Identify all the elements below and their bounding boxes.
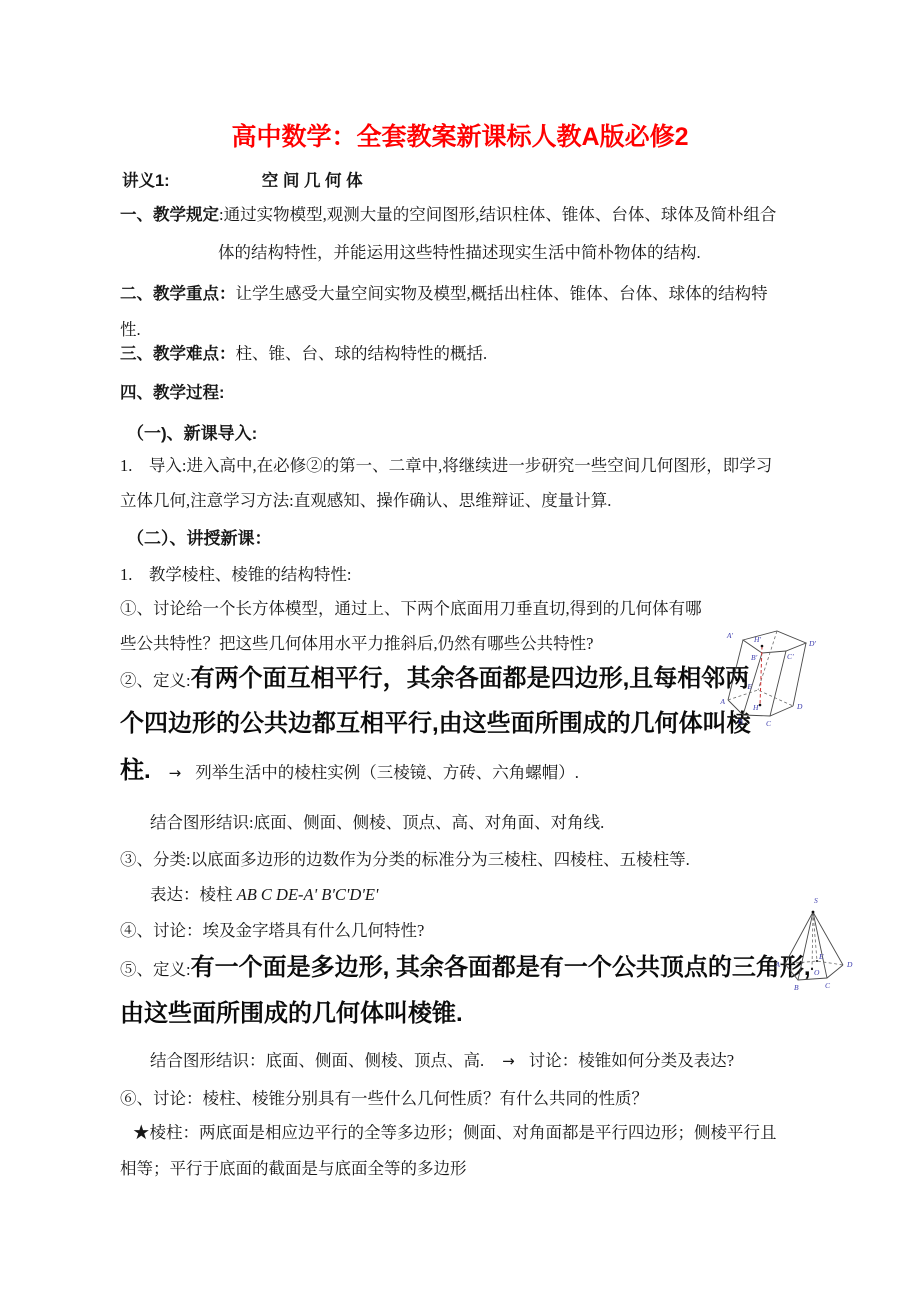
pyramid-label-e: E xyxy=(818,952,824,961)
prism-label-c-prime: C' xyxy=(787,652,794,661)
item2-examples: 列举生活中的棱柱实例（三棱镜、方砖、六角螺帽）. xyxy=(195,763,579,782)
pyramid-label-d: D xyxy=(846,960,853,969)
section1-label: 一、教学规定 xyxy=(120,206,219,224)
prism-edge-d xyxy=(793,643,806,706)
prism-edge-c xyxy=(770,651,786,716)
prism-label-c: C xyxy=(766,719,772,728)
item2-line3: 柱.→列举生活中的棱柱实例（三棱镜、方砖、六角螺帽）. xyxy=(120,755,579,786)
star-prism-line1: ★棱柱：两底面是相应边平行的全等多边形；侧面、对角面都是平行四边形；侧棱平行且 xyxy=(133,1122,777,1143)
section3-text: 柱、锥、台、球的结构特性的概括. xyxy=(236,344,488,363)
prism-label-a: A xyxy=(719,697,725,706)
right-arrow-icon: → xyxy=(502,1052,515,1072)
item5-line1: ⑤、定义:有一个面是多边形, 其余各面都是有一个公共顶点的三角形, xyxy=(120,952,811,983)
item2-definition-part1: 有两个面互相平行，其余各面都是四边形,且每相邻两 xyxy=(191,665,750,692)
section4-line: 四、教学过程: xyxy=(120,382,225,404)
note2-part2: 讨论：棱锥如何分类及表达? xyxy=(529,1051,734,1070)
prism-label-h-prime: H' xyxy=(753,635,761,644)
item5-definition-part2: 由这些面所围成的几何体叫棱锥. xyxy=(120,998,463,1029)
right-arrow-icon: → xyxy=(169,764,182,784)
section4-label: 四、教学过程: xyxy=(120,384,225,402)
prism-point-h-top xyxy=(761,645,764,648)
note1-line: 结合图形结识:底面、侧面、侧棱、顶点、高、对角面、对角线. xyxy=(150,812,604,833)
item2-line1: ②、定义:有两个面互相平行，其余各面都是四边形,且每相邻两 xyxy=(120,663,749,694)
pyramid-edge-sb xyxy=(798,912,813,980)
item2-definition-part3: 柱. xyxy=(120,757,151,784)
item2-definition-part2: 个四边形的公共边都互相平行,由这些面所围成的几何体叫棱 xyxy=(120,708,751,739)
prism-label-a-prime: A' xyxy=(726,631,734,640)
pyramid-edge-sa xyxy=(785,912,813,964)
expression-label: 表达：棱柱 xyxy=(150,885,237,904)
prism-bottom-hidden xyxy=(728,690,793,706)
pyramid-point-o xyxy=(811,968,813,970)
pyramid-label-b: B xyxy=(794,983,799,992)
prism-edge-a xyxy=(728,640,743,700)
prism-label-b-prime: B' xyxy=(751,653,758,662)
item1-line2: 些公共特性？把这些几何体用水平力推斜后,仍然有哪些公共特性? xyxy=(120,633,593,654)
note2-line: 结合图形结识：底面、侧面、侧棱、顶点、高.→讨论：棱锥如何分类及表达? xyxy=(150,1050,734,1072)
pyramid-apex-point xyxy=(812,911,815,914)
expression-line: 表达：棱柱 AB C DE-A' B'C'D'E' xyxy=(150,884,378,905)
intro-line2: 立体几何,注意学习方法:直观感知、操作确认、思维辩证、度量计算. xyxy=(120,490,611,511)
star-prism-line2: 相等；平行于底面的截面是与底面全等的多边形 xyxy=(120,1158,467,1179)
pyramid-height-line xyxy=(812,912,813,969)
pyramid-label-o: O xyxy=(814,968,820,977)
part1-heading: （一)、新课导入: xyxy=(127,423,257,445)
pyramid-diagram: S A B C D E O xyxy=(765,890,880,1005)
section2-line2: 性. xyxy=(120,319,141,340)
section1-line2: 体的结构特性，并能运用这些特性描述现实生活中简朴物体的结构. xyxy=(218,242,701,263)
section2-label: 二、教学重点： xyxy=(120,285,236,303)
prism-notation-formula: AB C DE-A' B'C'D'E' xyxy=(237,885,379,904)
document-page: 高中数学：全套教案新课标人教A版必修2 讲义1: 空 间 几 何 体 一、教学规… xyxy=(0,0,920,1302)
intro-line1: 1. 导入:进入高中,在必修②的第一、二章中,将继续进一步研究一些空间几何图形，… xyxy=(120,455,772,476)
section1-text: :通过实物模型,观测大量的空间图形,结识柱体、锥体、台体、球体及简朴组合 xyxy=(219,205,776,224)
lecture-heading: 讲义1: 空 间 几 何 体 xyxy=(122,170,363,192)
section2-line1: 二、教学重点：让学生感受大量空间实物及模型,概括出柱体、锥体、台体、球体的结构特 xyxy=(120,283,768,305)
pyramid-label-a: A xyxy=(774,960,780,969)
section3-line: 三、教学难点：柱、锥、台、球的结构特性的概括. xyxy=(120,343,487,365)
teach1-line: 1. 教学棱柱、棱锥的结构特性: xyxy=(120,564,351,585)
section1-line1: 一、教学规定:通过实物模型,观测大量的空间图形,结识柱体、锥体、台体、球体及简朴… xyxy=(120,204,776,226)
pyramid-base-hidden xyxy=(785,961,843,965)
prism-label-b: B xyxy=(738,717,743,726)
item5-definition-part1: 有一个面是多边形, 其余各面都是有一个公共顶点的三角形, xyxy=(191,954,811,981)
prism-top-face xyxy=(743,631,806,653)
item1-line1: ①、讨论给一个长方体模型，通过上、下两个底面用刀垂直切,得到的几何体有哪 xyxy=(120,598,702,619)
item6-line: ⑥、讨论：棱柱、棱锥分别具有一些什么几何性质？有什么共同的性质？ xyxy=(120,1088,648,1109)
prism-point-h xyxy=(759,704,762,707)
item2-label: ②、定义: xyxy=(120,671,191,690)
section2-text: 让学生感受大量空间实物及模型,概括出柱体、锥体、台体、球体的结构特 xyxy=(236,284,768,303)
pyramid-label-c: C xyxy=(825,981,831,990)
pyramid-point-e xyxy=(816,960,818,962)
part2-heading: （二）、讲授新课： xyxy=(127,528,272,550)
section3-label: 三、教学难点： xyxy=(120,345,236,363)
prism-label-d: D xyxy=(796,702,803,711)
prism-diagram: A' H' D' B' C' E A H D B C xyxy=(700,608,875,743)
item4-line: ④、讨论：埃及金字塔具有什么几何特性? xyxy=(120,920,424,941)
pyramid-label-s: S xyxy=(814,896,818,905)
page-title: 高中数学：全套教案新课标人教A版必修2 xyxy=(0,117,920,153)
prism-label-d-prime: D' xyxy=(808,639,816,648)
pyramid-edge-sd xyxy=(813,912,843,965)
prism-label-h: H xyxy=(752,703,759,712)
item3-line: ③、分类:以底面多边形的边数作为分类的标准分为三棱柱、四棱柱、五棱柱等. xyxy=(120,849,690,870)
note2-part1: 结合图形结识：底面、侧面、侧棱、顶点、高. xyxy=(150,1051,484,1070)
lecture-title: 空 间 几 何 体 xyxy=(262,172,363,190)
prism-label-e: E xyxy=(746,682,752,691)
lecture-label: 讲义1: xyxy=(122,172,170,190)
item5-label: ⑤、定义: xyxy=(120,960,191,979)
